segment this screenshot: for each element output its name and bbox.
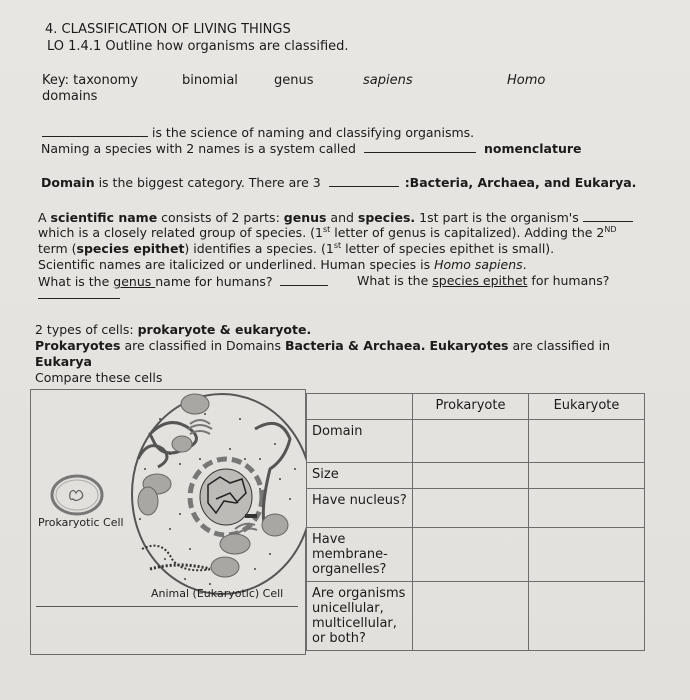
domains-blank[interactable] [329, 174, 399, 187]
table-header-empty [307, 394, 413, 420]
genus-blank[interactable] [583, 209, 633, 222]
cell-organelles-eukaryote[interactable] [529, 528, 645, 582]
species-epithet-answer-blank[interactable] [38, 298, 120, 299]
cell-cellularity-prokaryote[interactable] [413, 582, 529, 651]
table-header-prokaryote: Prokaryote [413, 394, 529, 420]
scientific-name-line4: Scientific names are italicized or under… [38, 257, 527, 272]
row-label-size: Size [307, 463, 413, 489]
cell-cellularity-eukaryote[interactable] [529, 582, 645, 651]
taxonomy-blank[interactable] [42, 124, 148, 137]
compare-cells-instruction: Compare these cells [35, 370, 162, 385]
row-label-domain: Domain [307, 420, 413, 463]
key-label: Key: taxonomy [42, 73, 138, 88]
table-row: Have nucleus? [307, 489, 645, 528]
table-header-row: Prokaryote Eukaryote [307, 394, 645, 420]
table-row: Have membrane-organelles? [307, 528, 645, 582]
cell-domain-prokaryote[interactable] [413, 420, 529, 463]
row-label-membrane-organelles: Have membrane-organelles? [307, 528, 413, 582]
binomial-blank[interactable] [364, 140, 476, 153]
eukaryotic-cell-label: Animal (Eukaryotic) Cell [151, 587, 283, 600]
row-label-cellularity: Are organisms unicellular, multicellular… [307, 582, 413, 651]
learning-objective: LO 1.4.1 Outline how organisms are class… [47, 39, 349, 54]
cell-organelles-prokaryote[interactable] [413, 528, 529, 582]
table-row: Size [307, 463, 645, 489]
table-row: Domain [307, 420, 645, 463]
key-term-domains: domains [42, 89, 97, 104]
key-term-binomial: binomial [182, 73, 238, 88]
section-title: 4. CLASSIFICATION OF LIVING THINGS [45, 22, 291, 37]
key-term-taxonomy: taxonomy [73, 73, 138, 88]
scientific-name-line1: A scientific name consists of 2 parts: g… [38, 209, 633, 225]
compare-cells-table: Prokaryote Eukaryote Domain Size Have nu… [306, 393, 645, 651]
cell-diagrams [30, 389, 306, 609]
scientific-name-line3: term (species epithet) identifies a spec… [38, 241, 554, 256]
scientific-name-line2: which is a closely related group of spec… [38, 225, 617, 240]
binomial-sentence: Naming a species with 2 names is a syste… [41, 140, 582, 156]
cells-line2: Prokaryotes are classified in Domains Ba… [35, 338, 610, 353]
key-term-homo: Homo [507, 73, 545, 88]
cells-line3: Eukarya [35, 354, 92, 369]
cell-nucleus-prokaryote[interactable] [413, 489, 529, 528]
eukaryotic-cell-icon [132, 394, 306, 594]
table-row: Are organisms unicellular, multicellular… [307, 582, 645, 651]
cell-nucleus-eukaryote[interactable] [529, 489, 645, 528]
cell-domain-eukaryote[interactable] [529, 420, 645, 463]
worksheet-page: 4. CLASSIFICATION OF LIVING THINGS LO 1.… [0, 0, 690, 700]
prokaryotic-cell-icon [52, 476, 102, 514]
cell-size-eukaryote[interactable] [529, 463, 645, 489]
taxonomy-sentence: is the science of naming and classifying… [42, 124, 474, 140]
genus-question: What is the genus name for humans? [38, 273, 328, 289]
domain-sentence: Domain is the biggest category. There ar… [41, 174, 636, 190]
prokaryotic-cell-label: Prokaryotic Cell [38, 516, 124, 529]
table-header-eukaryote: Eukaryote [529, 394, 645, 420]
key-term-sapiens: sapiens [363, 73, 413, 88]
row-label-nucleus: Have nucleus? [307, 489, 413, 528]
cells-line1: 2 types of cells: prokaryote & eukaryote… [35, 322, 311, 337]
key-term-genus: genus [274, 73, 314, 88]
genus-answer-blank[interactable] [280, 273, 328, 286]
species-epithet-question: What is the species epithet for humans? [357, 273, 609, 288]
cell-size-prokaryote[interactable] [413, 463, 529, 489]
